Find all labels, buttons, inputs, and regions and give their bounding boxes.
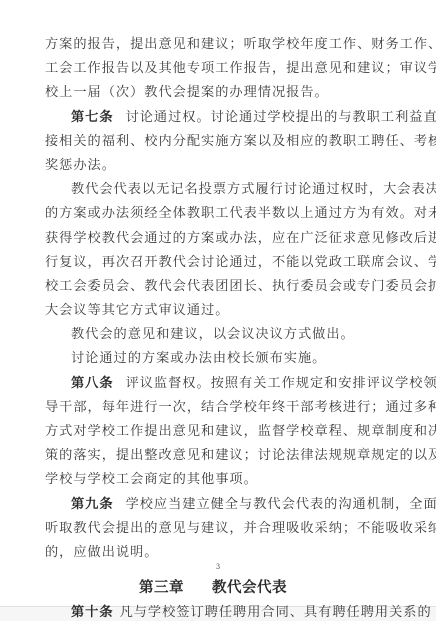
text-line: 方案的报告，提出意见和建议；听取学校年度工作、财务工作、 — [45, 33, 381, 57]
text-line: 的，应做出说明。 — [45, 541, 381, 565]
page-number: 3 — [0, 563, 436, 571]
article-number: 第九条 — [71, 497, 114, 512]
document-body: 方案的报告，提出意见和建议；听取学校年度工作、财务工作、 工会工作报告以及其他专… — [45, 33, 381, 621]
text-line: 的方案或办法须经全体教职工代表半数以上通过方为有效。对未 — [45, 202, 381, 226]
article-8: 第八条评议监督权。按照有关工作规定和安排评议学校领 — [45, 372, 381, 396]
text-line: 教代会的意见和建议，以会议决议方式做出。 — [45, 323, 381, 347]
article-text: 讨论通过权。讨论通过学校提出的与教职工利益直 — [126, 110, 436, 125]
chapter-title: 教代会代表 — [212, 580, 287, 596]
article-text: 学校应当建立健全与教代会代表的沟通机制，全面 — [126, 497, 436, 512]
document-page: 方案的报告，提出意见和建议；听取学校年度工作、财务工作、 工会工作报告以及其他专… — [0, 0, 436, 607]
text-line: 行复议，再次召开教代会讨论通过，不能以党政工联席会议、学 — [45, 251, 381, 275]
text-line: 教代会代表以无记名投票方式履行讨论通过权时，大会表决 — [45, 178, 381, 202]
article-text: 凡与学校签订聘任聘用合同、具有聘任聘用关系的 — [120, 605, 432, 620]
text-line: 奖惩办法。 — [45, 154, 381, 178]
chapter-number: 第三章 — [139, 580, 184, 596]
chapter-heading: 第三章教代会代表 — [45, 573, 381, 601]
article-9: 第九条学校应当建立健全与教代会代表的沟通机制，全面 — [45, 493, 381, 517]
text-line: 大会议等其它方式审议通过。 — [45, 299, 381, 323]
text-line: 校工会委员会、教代会代表团团长、执行委员会或专门委员会扩 — [45, 275, 381, 299]
text-line: 学校与学校工会商定的其他事项。 — [45, 468, 381, 492]
article-number: 第七条 — [71, 110, 114, 125]
text-line: 听取教代会提出的意见与建议，并合理吸收采纳；不能吸收采纳 — [45, 517, 381, 541]
text-line: 讨论通过的方案或办法由校长颁布实施。 — [45, 347, 381, 371]
article-7: 第七条讨论通过权。讨论通过学校提出的与教职工利益直 — [45, 106, 381, 130]
text-line: 导干部，每年进行一次，结合学校年终干部考核进行；通过多种 — [45, 396, 381, 420]
article-number: 第十条 — [71, 605, 114, 620]
text-line: 工会工作报告以及其他专项工作报告，提出意见和建议；审议学 — [45, 57, 381, 81]
text-line: 获得学校教代会通过的方案或办法，应在广泛征求意见修改后进 — [45, 227, 381, 251]
article-10: 第十条凡与学校签订聘任聘用合同、具有聘任聘用关系的 — [45, 601, 381, 621]
text-line: 校上一届（次）教代会提案的办理情况报告。 — [45, 81, 381, 105]
article-number: 第八条 — [71, 376, 114, 391]
text-line: 策的落实，提出整改意见和建议；讨论法律法规规章规定的以及 — [45, 444, 381, 468]
text-line: 接相关的福利、校内分配实施方案以及相应的教职工聘任、考核、 — [45, 130, 381, 154]
text-line: 方式对学校工作提出意见和建议，监督学校章程、规章制度和决 — [45, 420, 381, 444]
article-text: 评议监督权。按照有关工作规定和安排评议学校领 — [126, 376, 436, 391]
